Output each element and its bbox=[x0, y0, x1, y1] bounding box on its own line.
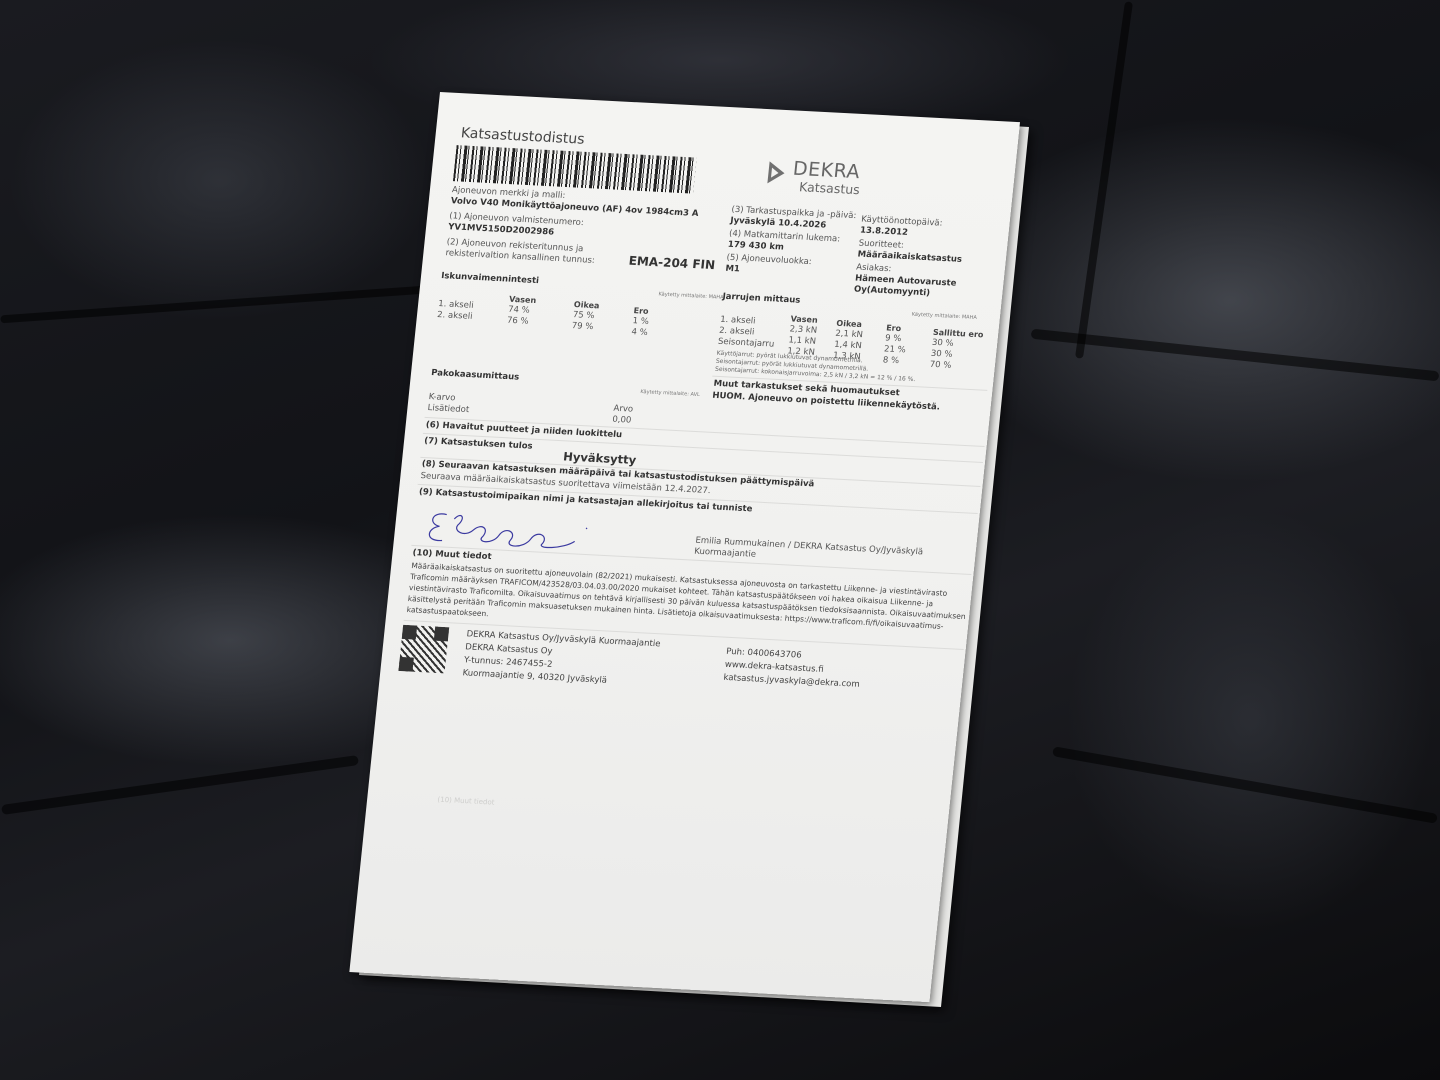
brake-row-label: 1. akseli bbox=[720, 315, 756, 327]
shock-header-right: Oikea bbox=[573, 300, 599, 310]
shock-test-device: Käytetty mittalaite: MAHA bbox=[658, 291, 724, 300]
shock-row-left: 76 % bbox=[506, 316, 529, 327]
brake-test-title: Jarrujen mittaus bbox=[722, 292, 801, 306]
k-value: 0,00 bbox=[612, 415, 632, 426]
bleed-through-text: (10) Muut tiedot bbox=[437, 796, 495, 807]
brake-row-diff: 21 % bbox=[883, 344, 906, 355]
dekra-triangle-logo-icon bbox=[767, 161, 785, 184]
contact-info: Puh: 0400643706 www.dekra-katsastus.fi k… bbox=[723, 646, 863, 692]
shock-row-label: 2. akseli bbox=[437, 310, 473, 322]
shock-header-left: Vasen bbox=[509, 295, 537, 305]
qr-code-icon bbox=[398, 625, 449, 673]
brake-row-allowed: 30 % bbox=[930, 349, 953, 360]
inspector-location: Kuormaajantie bbox=[694, 547, 757, 560]
shock-header-diff: Ero bbox=[633, 306, 649, 316]
brake-row-label: 2. akseli bbox=[719, 326, 755, 338]
seat-seam bbox=[1031, 329, 1440, 382]
k-value-header: Arvo bbox=[613, 404, 634, 415]
document-title: Katsastustodistus bbox=[460, 125, 585, 147]
brake-row-left: 1,1 kN bbox=[788, 335, 817, 346]
inspection-certificate: Katsastustodistus DEKRA Katsastus Ajoneu… bbox=[349, 92, 1020, 1002]
brake-header-left: Vasen bbox=[790, 314, 818, 324]
brake-row-right: 2,1 kN bbox=[835, 329, 864, 340]
brake-row-label: Seisontajarru bbox=[717, 337, 774, 350]
shock-row-diff: 1 % bbox=[632, 316, 649, 327]
shock-row-right: 75 % bbox=[572, 310, 595, 321]
company-info: DEKRA Katsastus Oy/Jyväskylä Kuormaajant… bbox=[462, 628, 661, 690]
brake-row-allowed: 30 % bbox=[931, 338, 954, 349]
brake-header-right: Oikea bbox=[836, 319, 862, 329]
seat-seam bbox=[1075, 1, 1133, 359]
seat-seam bbox=[1, 755, 359, 815]
emissions-title: Pakokaasumittaus bbox=[431, 368, 520, 383]
brake-row-allowed: 70 % bbox=[929, 360, 952, 371]
brake-row-diff: 9 % bbox=[885, 333, 902, 344]
brake-row-diff: 8 % bbox=[882, 355, 899, 366]
shock-test-title: Iskunvaimennintesti bbox=[441, 271, 540, 286]
odometer-value: 179 430 km bbox=[727, 240, 784, 253]
extra-info-label: Lisätiedot bbox=[427, 403, 470, 415]
vehicle-class-value: M1 bbox=[725, 264, 740, 275]
brake-test-device: Käytetty mittalaite: MAHA bbox=[911, 312, 977, 321]
shock-row-left: 74 % bbox=[508, 305, 531, 316]
shock-row-label: 1. akseli bbox=[438, 299, 474, 311]
emissions-device: Käytetty mittalaite: AVL bbox=[640, 389, 700, 398]
customer-label: Asiakas: bbox=[856, 262, 892, 274]
first-use-value: 13.8.2012 bbox=[860, 225, 909, 237]
seat-seam bbox=[0, 285, 439, 324]
seat-seam bbox=[1052, 746, 1438, 824]
brake-header-diff: Ero bbox=[886, 323, 902, 333]
brake-row-right: 1,4 kN bbox=[834, 340, 863, 351]
brand-subtitle: Katsastus bbox=[798, 179, 860, 197]
k-value-label: K-arvo bbox=[428, 392, 456, 403]
shock-row-right: 79 % bbox=[571, 321, 594, 332]
registration-value: EMA-204 FIN bbox=[628, 254, 716, 272]
brake-row-left: 2,3 kN bbox=[789, 324, 818, 335]
shock-row-diff: 4 % bbox=[631, 327, 648, 338]
